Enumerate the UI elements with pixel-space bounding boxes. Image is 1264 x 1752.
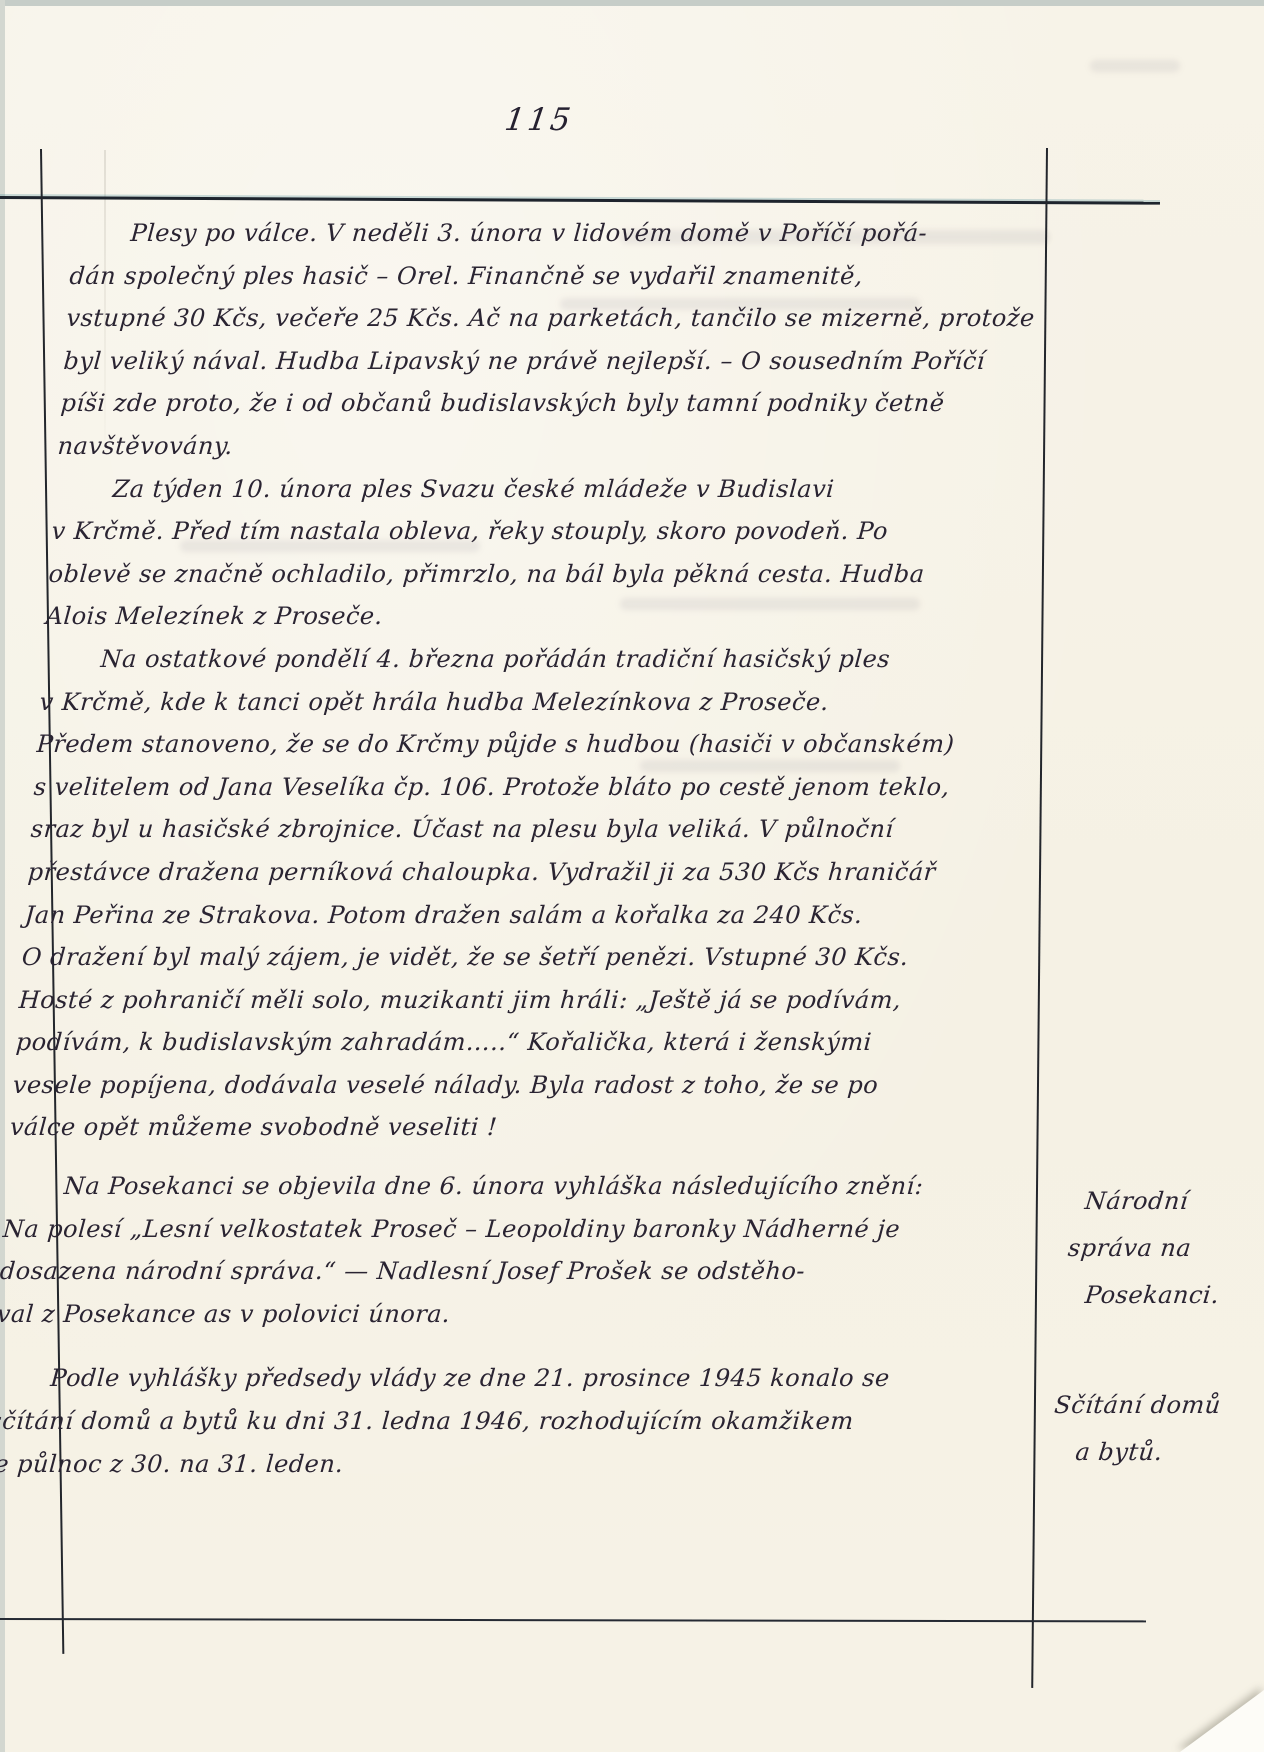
text-line: s velitelem od Jana Veselíka čp. 106. Pr… — [32, 766, 1015, 809]
text-line: oblevě se značně ochladilo, přimrzlo, na… — [47, 553, 1030, 596]
text-line: podívám, k budislavským zahradám…..“ Koř… — [14, 1021, 997, 1064]
text-line: Na Posekanci se objevila dne 6. února vy… — [4, 1165, 987, 1208]
text-line: Alois Melezínek z Proseče. — [44, 595, 1027, 638]
margin-note-census: Sčítání domůa bytů. — [1047, 1382, 1223, 1476]
text-line: Posekanci. — [1083, 1272, 1222, 1319]
text-line: sraz byl u hasičské zbrojnice. Účast na … — [29, 808, 1012, 851]
page-curl — [1180, 1690, 1264, 1752]
paragraph-firemen-ball: Na ostatkové pondělí 4. března pořádán t… — [8, 638, 1024, 1149]
text-line: válce opět můžeme svobodně veseliti ! — [8, 1106, 991, 1149]
paragraph-census: Podle vyhlášky předsedy vlády ze dne 21.… — [0, 1357, 974, 1485]
text-line: vesele popíjena, dodávala veselé nálady.… — [11, 1064, 994, 1107]
text-line: val z Posekance as v polovici února. — [0, 1293, 978, 1336]
text-line: Předem stanoveno, že se do Krčmy půjde s… — [35, 723, 1018, 766]
text-line: Jan Peřina ze Strakova. Potom dražen sal… — [23, 894, 1006, 937]
text-line: O dražení byl malý zájem, je vidět, že s… — [20, 936, 1003, 979]
text-line: dán společný ples hasič – Orel. Finančně… — [68, 255, 1051, 298]
text-line: Na polesí „Lesní velkostatek Proseč – Le… — [1, 1208, 984, 1251]
text-line: Hosté z pohraničí měli solo, muzikanti j… — [17, 979, 1000, 1022]
text-line: dosazena národní správa.“ — Nadlesní Jos… — [0, 1250, 981, 1293]
text-line: správa na — [1066, 1225, 1227, 1272]
paragraph-national-administration: Na Posekanci se objevila dne 6. února vy… — [0, 1165, 987, 1335]
bleedthrough-smudge — [1090, 60, 1180, 72]
text-line: přestávce dražena perníková chaloupka. V… — [26, 851, 1009, 894]
text-line: v Krčmě. Před tím nastala obleva, řeky s… — [50, 510, 1033, 553]
text-line: Sčítání domů — [1052, 1382, 1223, 1429]
text-line: a bytů. — [1073, 1429, 1218, 1476]
text-line: sčítání domů a bytů ku dni 31. ledna 194… — [0, 1400, 971, 1443]
text-line: Na ostatkové pondělí 4. března pořádán t… — [41, 638, 1024, 681]
top-rule — [0, 196, 1160, 205]
text-line: píši zde proto, že i od občanů budislavs… — [59, 382, 1042, 425]
chronicle-scanned-page: 115 Plesy po válce. V neděli 3. února v … — [0, 0, 1264, 1752]
bottom-rule — [0, 1618, 1146, 1622]
text-line: Plesy po válce. V neděli 3. února v lido… — [71, 212, 1054, 255]
text-line: navštěvovány. — [56, 425, 1039, 468]
text-line: vstupné 30 Kčs, večeře 25 Kčs. Ač na par… — [65, 297, 1048, 340]
text-line: byl veliký nával. Hudba Lipavský ne práv… — [62, 340, 1045, 383]
text-line: Za týden 10. února ples Svazu české mlád… — [53, 468, 1036, 511]
main-handwritten-text: Plesy po válce. V neděli 3. února v lido… — [0, 212, 1054, 1485]
page-number: 115 — [502, 102, 575, 138]
paragraph-balls-after-war: Plesy po válce. V neděli 3. února v lido… — [56, 212, 1054, 468]
scan-edge-top — [0, 0, 1264, 6]
text-line: Podle vyhlášky předsedy vlády ze dne 21.… — [0, 1357, 974, 1400]
margin-note-national-administration: Národníspráva naPosekanci. — [1061, 1178, 1232, 1319]
scan-edge-left — [0, 0, 5, 1752]
text-line: je půlnoc z 30. na 31. leden. — [0, 1443, 968, 1486]
paragraph-youth-union-ball: Za týden 10. února ples Svazu české mlád… — [44, 468, 1036, 638]
text-line: Národní — [1082, 1178, 1231, 1225]
text-line: v Krčmě, kde k tanci opět hrála hudba Me… — [38, 681, 1021, 724]
